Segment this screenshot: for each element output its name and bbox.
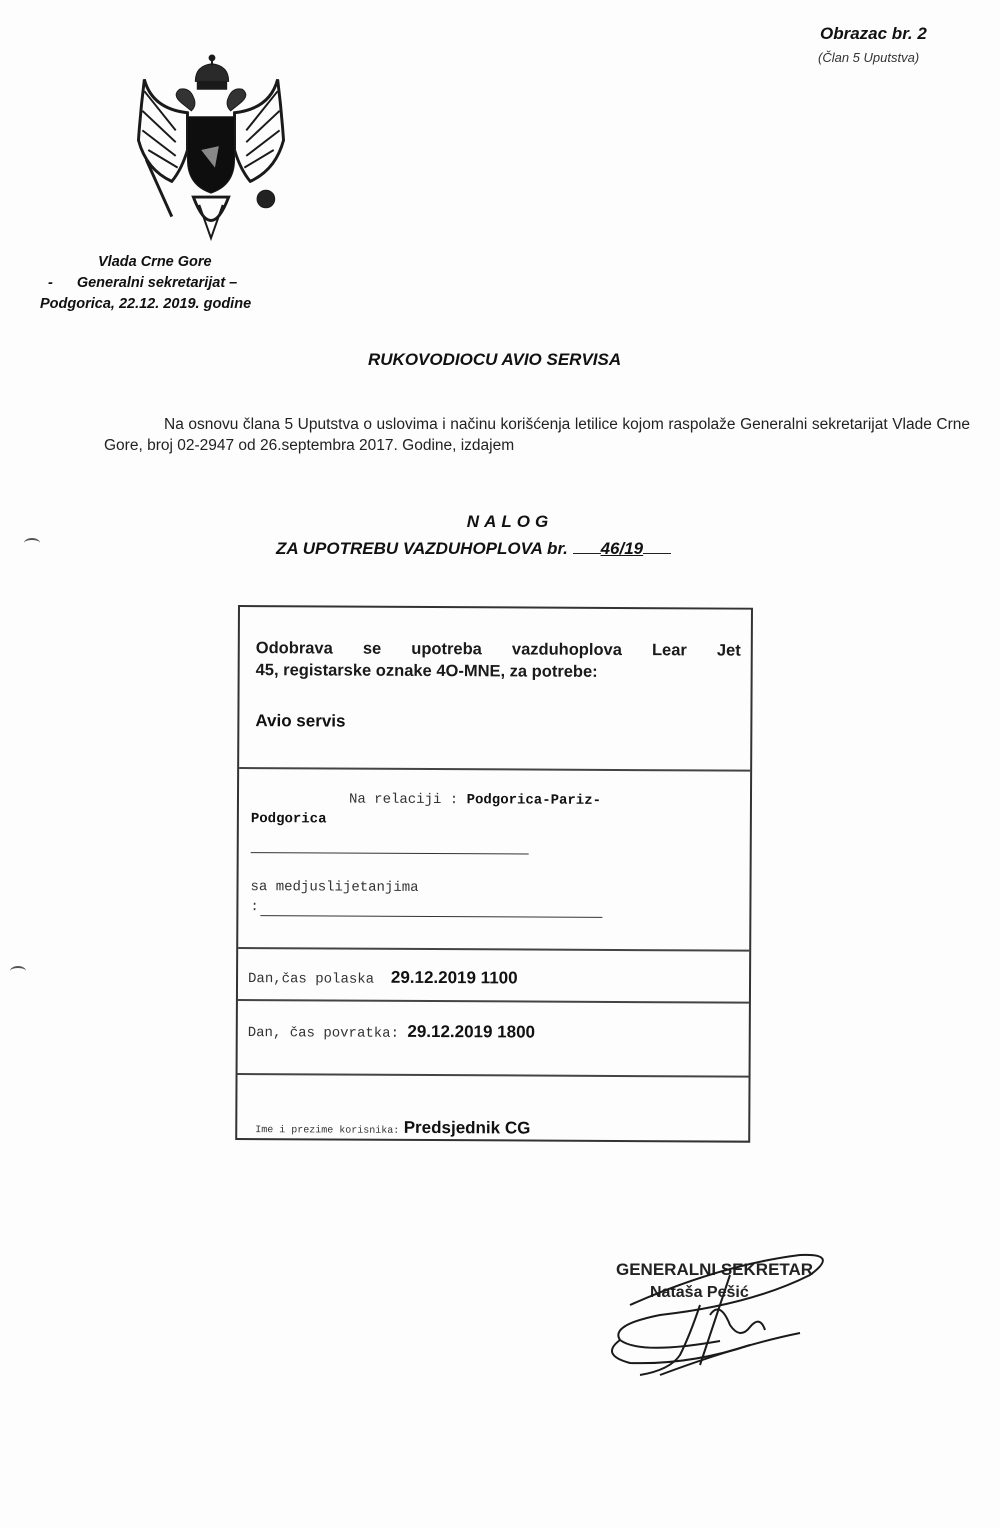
issuer-block: Vlada Crne Gore -Generalni sekretarijat … — [40, 252, 300, 315]
route-value-2: Podgorica — [251, 811, 327, 827]
route-section: Na relaciji : Podgorica-Pariz- Podgorica… — [238, 767, 750, 952]
approval-section: Odobrava se upotreba vazduhoplova Lear J… — [239, 607, 751, 772]
approval-line-2: 45, registarske oznake 4O-MNE, za potreb… — [256, 661, 598, 681]
return-value: 29.12.2019 1800 — [407, 1022, 535, 1042]
departure-field: Dan,čas polaska 29.12.2019 1100 — [248, 967, 518, 988]
punch-hole-mark — [24, 538, 40, 548]
issuer-place-date: Podgorica, 22.12. 2019. godine — [40, 296, 251, 312]
order-title: NALOG — [0, 512, 1000, 532]
user-field: Ime i prezime korisnika: Predsjednik CG — [255, 1117, 530, 1138]
blank-line — [643, 538, 671, 554]
order-number: 46/19 — [601, 539, 644, 558]
issuer-dash: - — [48, 275, 53, 291]
issuer-department: -Generalni sekretarijat – — [40, 273, 300, 294]
issuer-government: Vlada Crne Gore — [40, 252, 300, 273]
order-form-table: Odobrava se upotreba vazduhoplova Lear J… — [235, 605, 753, 1143]
coat-of-arms-icon — [132, 52, 290, 248]
handwritten-signature-icon — [600, 1245, 860, 1385]
purpose-value: Avio servis — [255, 711, 345, 731]
stops-colon: : — [250, 899, 258, 915]
stops-field: sa medjuslijetanjima : — [250, 877, 418, 918]
recipient: RUKOVODIOCU AVIO SERVISA — [368, 350, 621, 370]
user-value: Predsjednik CG — [404, 1118, 531, 1138]
intro-text: Na osnovu člana 5 Uputstva o uslovima i … — [104, 416, 970, 454]
departure-label: Dan,čas polaska — [248, 971, 374, 988]
return-label: Dan, čas povratka: — [248, 1025, 399, 1042]
route-field: Na relaciji : Podgorica-Pariz- Podgorica — [251, 789, 691, 831]
departure-section: Dan,čas polaska 29.12.2019 1100 — [238, 947, 749, 1004]
order-subtitle: ZA UPOTREBU VAZDUHOPLOVA br. 46/19 — [276, 538, 671, 559]
approval-line-1: Odobrava se upotreba vazduhoplova Lear J… — [256, 637, 741, 662]
approval-text: Odobrava se upotreba vazduhoplova Lear J… — [256, 637, 741, 684]
issuer-department-text: Generalni sekretarijat – — [77, 275, 237, 291]
order-subtitle-text: ZA UPOTREBU VAZDUHOPLOVA br. — [276, 539, 568, 558]
return-section: Dan, čas povratka: 29.12.2019 1800 — [238, 999, 749, 1078]
intro-paragraph: Na osnovu člana 5 Uputstva o uslovima i … — [104, 414, 970, 456]
user-label: Ime i prezime korisnika: — [255, 1125, 399, 1137]
departure-value: 29.12.2019 1100 — [391, 968, 518, 988]
route-underline — [251, 852, 529, 854]
blank-line — [573, 538, 601, 554]
user-section: Ime i prezime korisnika: Predsjednik CG — [237, 1073, 748, 1141]
form-reference: (Član 5 Uputstva) — [818, 50, 919, 65]
stops-label: sa medjuslijetanjima — [250, 879, 418, 896]
form-number: Obrazac br. 2 — [820, 24, 927, 44]
route-value-1: Podgorica-Pariz- — [467, 792, 602, 809]
punch-hole-mark — [10, 966, 26, 976]
return-field: Dan, čas povratka: 29.12.2019 1800 — [248, 1021, 535, 1043]
route-label: Na relaciji : — [251, 791, 458, 808]
